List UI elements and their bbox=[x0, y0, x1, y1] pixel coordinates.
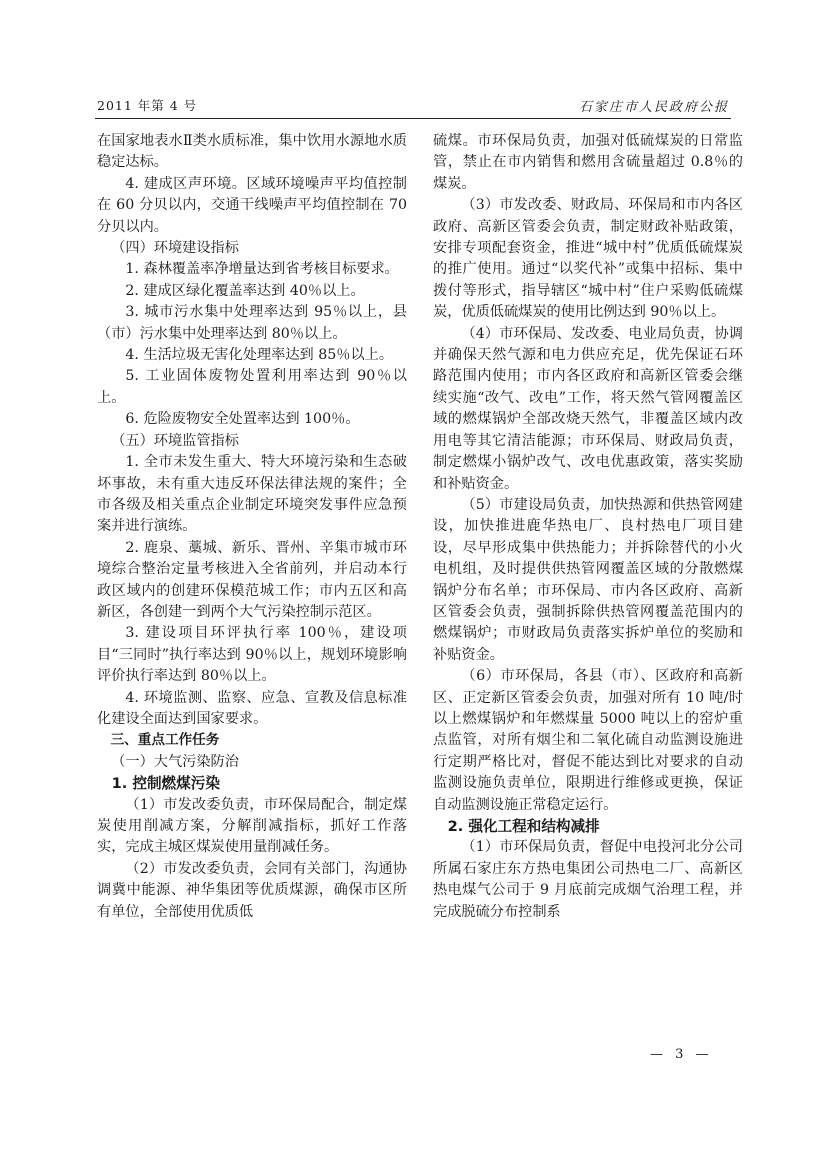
issue-label: 2011 年第 4 号 bbox=[97, 96, 197, 114]
paragraph: （3）市发改委、财政局、环保局和市内各区政府、高新区管委会负责，制定财政补贴政策… bbox=[433, 195, 743, 323]
paragraph: 2. 建成区绿化覆盖率达到 40％以上。 bbox=[97, 281, 407, 302]
page-number: — 3 — bbox=[650, 1047, 713, 1062]
paragraph: 1. 森林覆盖率净增量达到省考核目标要求。 bbox=[97, 259, 407, 280]
right-column: 硫煤。市环保局负责，加强对低硫煤炭的日常监管，禁止在市内销售和燃用含硫量超过 0… bbox=[433, 131, 743, 923]
paragraph: 在国家地表水Ⅱ类水质标准，集中饮用水源地水质稳定达标。 bbox=[97, 131, 407, 174]
left-column: 在国家地表水Ⅱ类水质标准，集中饮用水源地水质稳定达标。 4. 建成区声环境。区域… bbox=[97, 131, 407, 923]
bold-heading: 2. 强化工程和结构减排 bbox=[433, 816, 743, 837]
paragraph: 4. 环境监测、监察、应急、宣教及信息标准化建设全面达到国家要求。 bbox=[97, 688, 407, 731]
paragraph: （1）市环保局负责，督促中电投河北分公司所属石家庄东方热电集团公司热电二厂、高新… bbox=[433, 837, 743, 923]
paragraph: 硫煤。市环保局负责，加强对低硫煤炭的日常监管，禁止在市内销售和燃用含硫量超过 0… bbox=[433, 131, 743, 195]
journal-title: 石家庄市人民政府公报 bbox=[579, 96, 729, 115]
paragraph: 5. 工业固体废物处置利用率达到 90％以上。 bbox=[97, 366, 407, 409]
paragraph: （1）市发改委负责，市环保局配合，制定煤炭使用削减方案，分解削减指标，抓好工作落… bbox=[97, 795, 407, 859]
paragraph: 3. 建设项目环评执行率 100％，建设项目“三同时”执行率达到 90％以上，规… bbox=[97, 623, 407, 687]
paragraph: 3. 城市污水集中处理率达到 95％以上，县（市）污水集中处理率达到 80％以上… bbox=[97, 302, 407, 345]
section-heading: 三、重点工作任务 bbox=[97, 730, 407, 751]
subsection-heading: （五）环境监管指标 bbox=[97, 431, 407, 452]
bold-heading: 1. 控制燃煤污染 bbox=[97, 773, 407, 794]
paragraph: 2. 鹿泉、藁城、新乐、晋州、辛集市城市环境综合整治定量考核进入全省前列，并启动… bbox=[97, 538, 407, 624]
subsection-heading: （四）环境建设指标 bbox=[97, 238, 407, 259]
running-header: 2011 年第 4 号 石家庄市人民政府公报 bbox=[95, 96, 731, 119]
paragraph: （4）市环保局、发改委、电业局负责，协调并确保天然气源和电力供应充足，优先保证石… bbox=[433, 324, 743, 495]
paragraph: （6）市环保局，各县（市）、区政府和高新区、正定新区管委会负责，加强对所有 10… bbox=[433, 666, 743, 816]
paragraph: （5）市建设局负责，加快热源和供热管网建设，加快推进鹿华热电厂、良村热电厂项目建… bbox=[433, 495, 743, 666]
subsection-heading: （一）大气污染防治 bbox=[97, 752, 407, 773]
paragraph: 1. 全市未发生重大、特大环境污染和生态破坏事故，未有重大违反环保法律法规的案件… bbox=[97, 452, 407, 538]
paragraph: 4. 建成区声环境。区域环境噪声平均值控制在 60 分贝以内，交通干线噪声平均值… bbox=[97, 174, 407, 238]
paragraph: （2）市发改委负责，会同有关部门，沟通协调冀中能源、神华集团等优质煤源，确保市区… bbox=[97, 859, 407, 923]
paragraph: 6. 危险废物安全处置率达到 100％。 bbox=[97, 409, 407, 430]
paragraph: 4. 生活垃圾无害化处理率达到 85％以上。 bbox=[97, 345, 407, 366]
